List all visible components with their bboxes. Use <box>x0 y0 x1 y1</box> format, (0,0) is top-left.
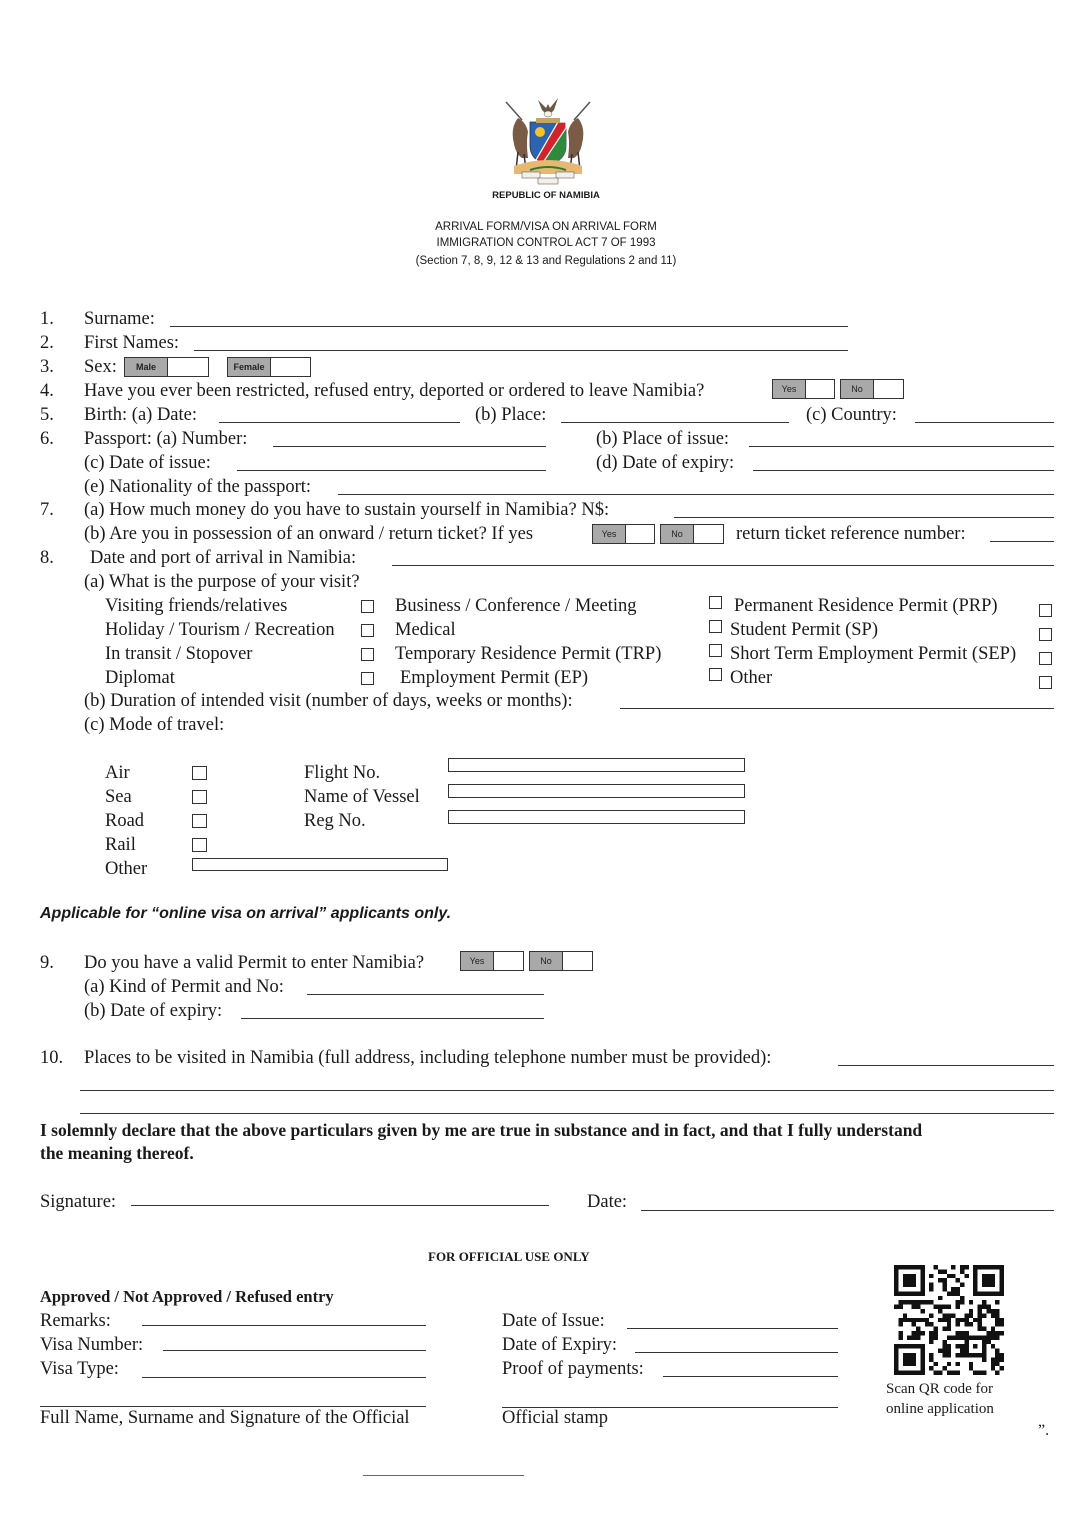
purpose-option-label: Holiday / Tourism / Recreation <box>105 619 335 641</box>
q7-number: 7. <box>40 499 54 521</box>
birth-place-label: (b) Place: <box>475 404 546 426</box>
visa-type-label: Visa Type: <box>40 1358 119 1380</box>
visa-number-field[interactable] <box>163 1350 426 1351</box>
male-checkbox[interactable] <box>168 358 208 376</box>
mode-road-checkbox[interactable] <box>192 814 207 828</box>
remarks-label: Remarks: <box>40 1310 111 1332</box>
money-question: (a) How much money do you have to sustai… <box>84 499 609 521</box>
mode-air-checkbox[interactable] <box>192 766 207 780</box>
purpose-checkbox[interactable] <box>361 672 374 685</box>
date-of-issue-official-label: Date of Issue: <box>502 1310 605 1332</box>
yes-checkbox[interactable] <box>806 380 834 398</box>
signature-field[interactable] <box>131 1205 549 1206</box>
footer-rule <box>363 1475 524 1476</box>
q10-number: 10. <box>40 1047 63 1069</box>
yes-checkbox[interactable] <box>626 525 654 543</box>
online-visa-note: Applicable for “online visa on arrival” … <box>40 905 451 923</box>
purpose-checkbox[interactable] <box>1039 604 1052 617</box>
restricted-yes-option[interactable]: Yes <box>772 379 835 399</box>
remarks-field[interactable] <box>142 1325 426 1326</box>
no-checkbox[interactable] <box>694 525 723 543</box>
q3-number: 3. <box>40 356 54 378</box>
q5-number: 5. <box>40 404 54 426</box>
first-names-label: First Names: <box>84 332 179 354</box>
qr-caption: Scan QR code for <box>886 1381 993 1398</box>
mode-detail-label: Reg No. <box>304 810 366 832</box>
arrival-label: Date and port of arrival in Namibia: <box>90 547 356 569</box>
purpose-option-label: Permanent Residence Permit (PRP) <box>734 595 998 617</box>
coat-of-arms-icon <box>500 92 596 188</box>
duration-label: (b) Duration of intended visit (number o… <box>84 690 573 712</box>
date-of-expiry-label: (d) Date of expiry: <box>596 452 734 474</box>
nationality-label: (e) Nationality of the passport: <box>84 476 311 498</box>
mode-rail-checkbox[interactable] <box>192 838 207 852</box>
permit-no-option[interactable]: No <box>529 951 593 971</box>
purpose-checkbox[interactable] <box>1039 628 1052 641</box>
purpose-checkbox[interactable] <box>361 600 374 613</box>
purpose-option-label: In transit / Stopover <box>105 643 252 665</box>
no-label: No <box>841 380 874 398</box>
mode-other-label: Other <box>105 858 147 880</box>
country-name: REPUBLIC OF NAMIBIA <box>346 190 746 201</box>
mode-sea-checkbox[interactable] <box>192 790 207 804</box>
no-label: No <box>530 952 563 970</box>
sex-female-option[interactable]: Female <box>227 357 311 377</box>
birth-country-field[interactable] <box>915 422 1054 423</box>
visa-type-field[interactable] <box>142 1377 426 1378</box>
sex-male-option[interactable]: Male <box>124 357 209 377</box>
mode-detail-field[interactable] <box>448 810 745 824</box>
purpose-checkbox[interactable] <box>361 648 374 661</box>
mode-air-label: Air <box>105 762 130 784</box>
purpose-checkbox[interactable] <box>709 596 722 609</box>
yes-label: Yes <box>593 525 626 543</box>
date-of-issue-official-field[interactable] <box>627 1328 838 1329</box>
money-field[interactable] <box>674 517 1054 518</box>
nationality-field[interactable] <box>338 494 1054 495</box>
declaration-text: I solemnly declare that the above partic… <box>40 1120 922 1141</box>
mode-detail-field[interactable] <box>448 758 745 772</box>
purpose-option-label: Medical <box>395 619 456 641</box>
places-field-1[interactable] <box>838 1065 1054 1066</box>
purpose-option-label: Student Permit (SP) <box>730 619 878 641</box>
restricted-no-option[interactable]: No <box>840 379 904 399</box>
female-label: Female <box>228 358 271 376</box>
q2-number: 2. <box>40 332 54 354</box>
mode-detail-field[interactable] <box>448 784 745 798</box>
mode-road-label: Road <box>105 810 144 832</box>
purpose-checkbox[interactable] <box>709 644 722 657</box>
qr-code[interactable] <box>893 1265 1005 1375</box>
approval-status-label: Approved / Not Approved / Refused entry <box>40 1287 334 1307</box>
proof-of-payments-label: Proof of payments: <box>502 1358 644 1380</box>
date-of-issue-label: (c) Date of issue: <box>84 452 211 474</box>
birth-place-field[interactable] <box>561 422 789 423</box>
ticket-question: (b) Are you in possession of an onward /… <box>84 523 533 545</box>
place-of-issue-label: (b) Place of issue: <box>596 428 729 450</box>
purpose-option-label: Short Term Employment Permit (SEP) <box>730 643 1016 665</box>
birth-date-field[interactable] <box>219 422 460 423</box>
places-field-3[interactable] <box>80 1113 1054 1114</box>
ticket-reference-field[interactable] <box>990 541 1054 542</box>
mode-of-travel-label: (c) Mode of travel: <box>84 714 224 736</box>
permit-kind-label: (a) Kind of Permit and No: <box>84 976 284 998</box>
no-checkbox[interactable] <box>874 380 903 398</box>
purpose-checkbox[interactable] <box>361 624 374 637</box>
restricted-question: Have you ever been restricted, refused e… <box>84 380 704 402</box>
purpose-option-label: Other <box>730 667 772 689</box>
visa-number-label: Visa Number: <box>40 1334 143 1356</box>
purpose-option-label: Employment Permit (EP) <box>400 667 588 689</box>
mode-sea-label: Sea <box>105 786 132 808</box>
passport-number-field[interactable] <box>273 446 546 447</box>
purpose-checkbox[interactable] <box>1039 676 1052 689</box>
yes-label: Yes <box>773 380 806 398</box>
purpose-checkbox[interactable] <box>709 620 722 633</box>
date-of-issue-field[interactable] <box>237 470 546 471</box>
yes-label: Yes <box>461 952 494 970</box>
mode-other-field[interactable] <box>192 858 448 871</box>
first-names-field[interactable] <box>194 350 848 351</box>
trailing-mark: ”. <box>1038 1422 1049 1440</box>
q1-number: 1. <box>40 308 54 330</box>
permit-expiry-field[interactable] <box>241 1018 544 1019</box>
purpose-checkbox[interactable] <box>1039 652 1052 665</box>
permit-question: Do you have a valid Permit to enter Nami… <box>84 952 424 974</box>
mode-detail-label: Name of Vessel <box>304 786 420 808</box>
date-of-expiry-field[interactable] <box>753 470 1054 471</box>
coat-of-arms-emblem <box>500 92 596 188</box>
mode-detail-label: Flight No. <box>304 762 380 784</box>
form-title: ARRIVAL FORM/VISA ON ARRIVAL FORM <box>346 221 746 233</box>
ticket-yes-option[interactable]: Yes <box>592 524 655 544</box>
mode-rail-label: Rail <box>105 834 136 856</box>
duration-field[interactable] <box>620 708 1054 709</box>
declaration-text-line2: the meaning thereof. <box>40 1143 194 1164</box>
no-checkbox[interactable] <box>563 952 592 970</box>
passport-number-label: Passport: (a) Number: <box>84 428 247 450</box>
female-checkbox[interactable] <box>271 358 310 376</box>
official-use-heading: FOR OFFICIAL USE ONLY <box>428 1249 590 1265</box>
arrival-field[interactable] <box>392 565 1054 566</box>
sex-label: Sex: <box>84 356 117 378</box>
places-field-2[interactable] <box>80 1090 1054 1091</box>
surname-label: Surname: <box>84 308 155 330</box>
purpose-option-label: Business / Conference / Meeting <box>395 595 636 617</box>
date-field[interactable] <box>641 1210 1054 1211</box>
q8-number: 8. <box>40 547 54 569</box>
date-label: Date: <box>587 1191 627 1213</box>
birth-date-label: Birth: (a) Date: <box>84 404 197 426</box>
q9-number: 9. <box>40 952 54 974</box>
form-sections: (Section 7, 8, 9, 12 & 13 and Regulation… <box>346 255 746 267</box>
date-of-expiry-official-label: Date of Expiry: <box>502 1334 617 1356</box>
permit-yes-option[interactable]: Yes <box>460 951 524 971</box>
official-signature-label: Full Name, Surname and Signature of the … <box>40 1407 410 1429</box>
qr-code-icon <box>893 1265 1005 1375</box>
ticket-no-option[interactable]: No <box>660 524 724 544</box>
date-of-expiry-official-field[interactable] <box>635 1352 838 1353</box>
purpose-label: (a) What is the purpose of your visit? <box>84 571 360 593</box>
purpose-checkbox[interactable] <box>709 668 722 681</box>
permit-expiry-label: (b) Date of expiry: <box>84 1000 222 1022</box>
official-stamp-label: Official stamp <box>502 1407 608 1429</box>
signature-label: Signature: <box>40 1191 116 1213</box>
yes-checkbox[interactable] <box>494 952 523 970</box>
surname-field[interactable] <box>170 326 848 327</box>
permit-kind-field[interactable] <box>307 994 544 995</box>
place-of-issue-field[interactable] <box>749 446 1054 447</box>
purpose-option-label: Visiting friends/relatives <box>105 595 287 617</box>
q6-number: 6. <box>40 428 54 450</box>
purpose-option-label: Temporary Residence Permit (TRP) <box>395 643 661 665</box>
ticket-reference-label: return ticket reference number: <box>736 523 966 545</box>
proof-of-payments-field[interactable] <box>663 1376 838 1377</box>
places-question: Places to be visited in Namibia (full ad… <box>84 1047 771 1069</box>
purpose-option-label: Diplomat <box>105 667 175 689</box>
q4-number: 4. <box>40 380 54 402</box>
form-act: IMMIGRATION CONTROL ACT 7 OF 1993 <box>346 237 746 249</box>
no-label: No <box>661 525 694 543</box>
male-label: Male <box>125 358 168 376</box>
birth-country-label: (c) Country: <box>806 404 897 426</box>
qr-caption-line2: online application <box>886 1401 994 1418</box>
